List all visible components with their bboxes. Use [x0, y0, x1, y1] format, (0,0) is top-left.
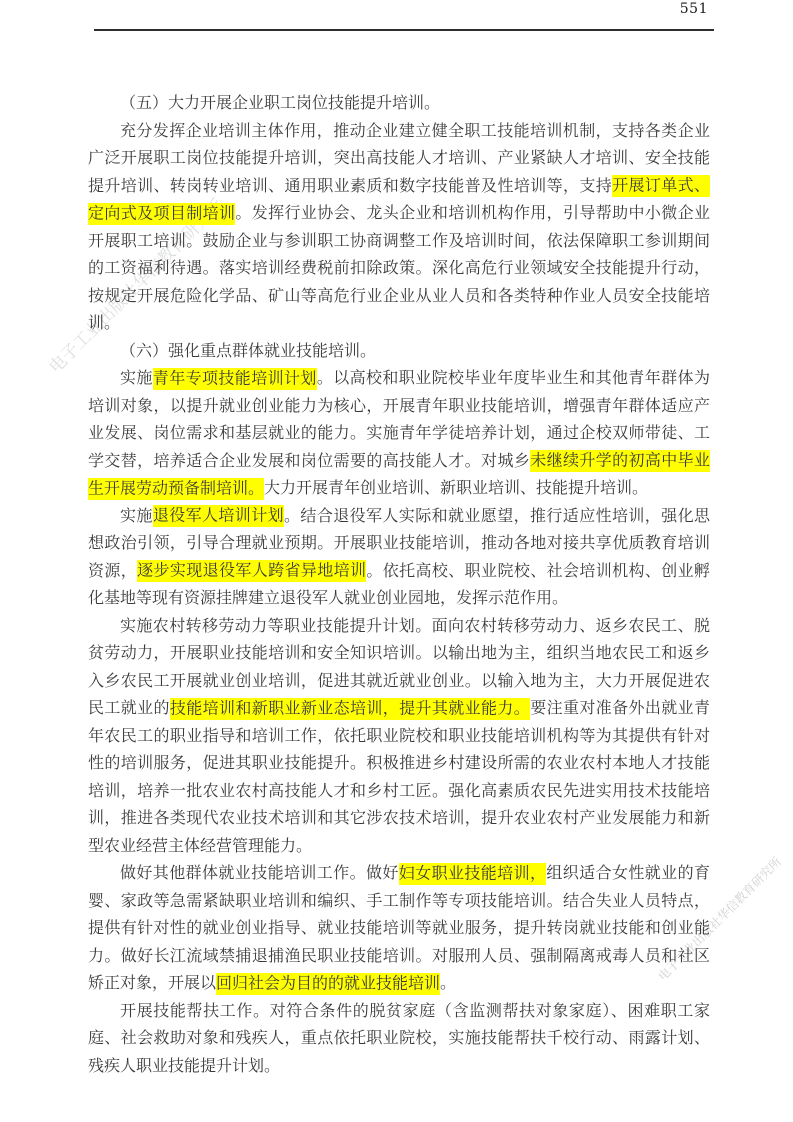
highlighted-text: 逐步实现退役军人跨省异地培训	[137, 560, 366, 582]
body-paragraph: 做好其他群体就业技能培训工作。做好妇女职业技能培训，组织适合女性就业的育婴、家政…	[88, 860, 710, 998]
highlighted-text: 青年专项技能培训计划	[153, 368, 317, 390]
text-segment: 大力开展青年创业培训、新职业培训、技能提升培训。	[264, 480, 648, 497]
text-segment: 实施	[120, 370, 153, 387]
highlighted-text: 退役军人培训计划	[153, 505, 284, 527]
body-paragraph: 实施农村转移劳动力等职业技能提升计划。面向农村转移劳动力、返乡农民工、脱贫劳动力…	[88, 613, 710, 861]
text-segment: 开展技能帮扶工作。对符合条件的脱贫家庭（含监测帮扶对象家庭）、困难职工家庭、社会…	[88, 1003, 710, 1075]
text-segment: （六）强化重点群体就业技能培训。	[120, 343, 376, 360]
section-heading: （六）强化重点群体就业技能培训。	[88, 338, 710, 366]
text-segment: （五）大力开展企业职工岗位技能提升培训。	[120, 95, 440, 112]
body-paragraph: 实施青年专项技能培训计划。以高校和职业院校毕业年度毕业生和其他青年群体为培训对象…	[88, 365, 710, 503]
highlighted-text: 回归社会为目的的就业技能培训	[216, 973, 440, 995]
text-segment: 要注重对准备外出就业青年农民工的职业指导和培训工作，依托职业院校和职业技能培训机…	[88, 700, 710, 855]
document-text: （五）大力开展企业职工岗位技能提升培训。充分发挥企业培训主体作用，推动企业建立健…	[88, 90, 710, 1080]
body-paragraph: 开展技能帮扶工作。对符合条件的脱贫家庭（含监测帮扶对象家庭）、困难职工家庭、社会…	[88, 998, 710, 1081]
highlighted-text: 技能培训和新职业新业态培训，提升其就业能力。	[170, 698, 530, 720]
highlighted-text: 妇女职业技能培训，	[399, 863, 547, 885]
body-paragraph: 实施退役军人培训计划。结合退役军人实际和就业愿望，推行适应性培训，强化思想政治引…	[88, 503, 710, 613]
page-number: 551	[680, 1, 708, 17]
text-segment: 实施	[120, 508, 153, 525]
text-segment: 。	[440, 975, 456, 992]
header-rule	[94, 29, 714, 31]
body-paragraph: 充分发挥企业培训主体作用，推动企业建立健全职工技能培训机制，支持各类企业广泛开展…	[88, 118, 710, 338]
text-segment: 做好其他群体就业技能培训工作。做好	[120, 865, 399, 882]
section-heading: （五）大力开展企业职工岗位技能提升培训。	[88, 90, 710, 118]
